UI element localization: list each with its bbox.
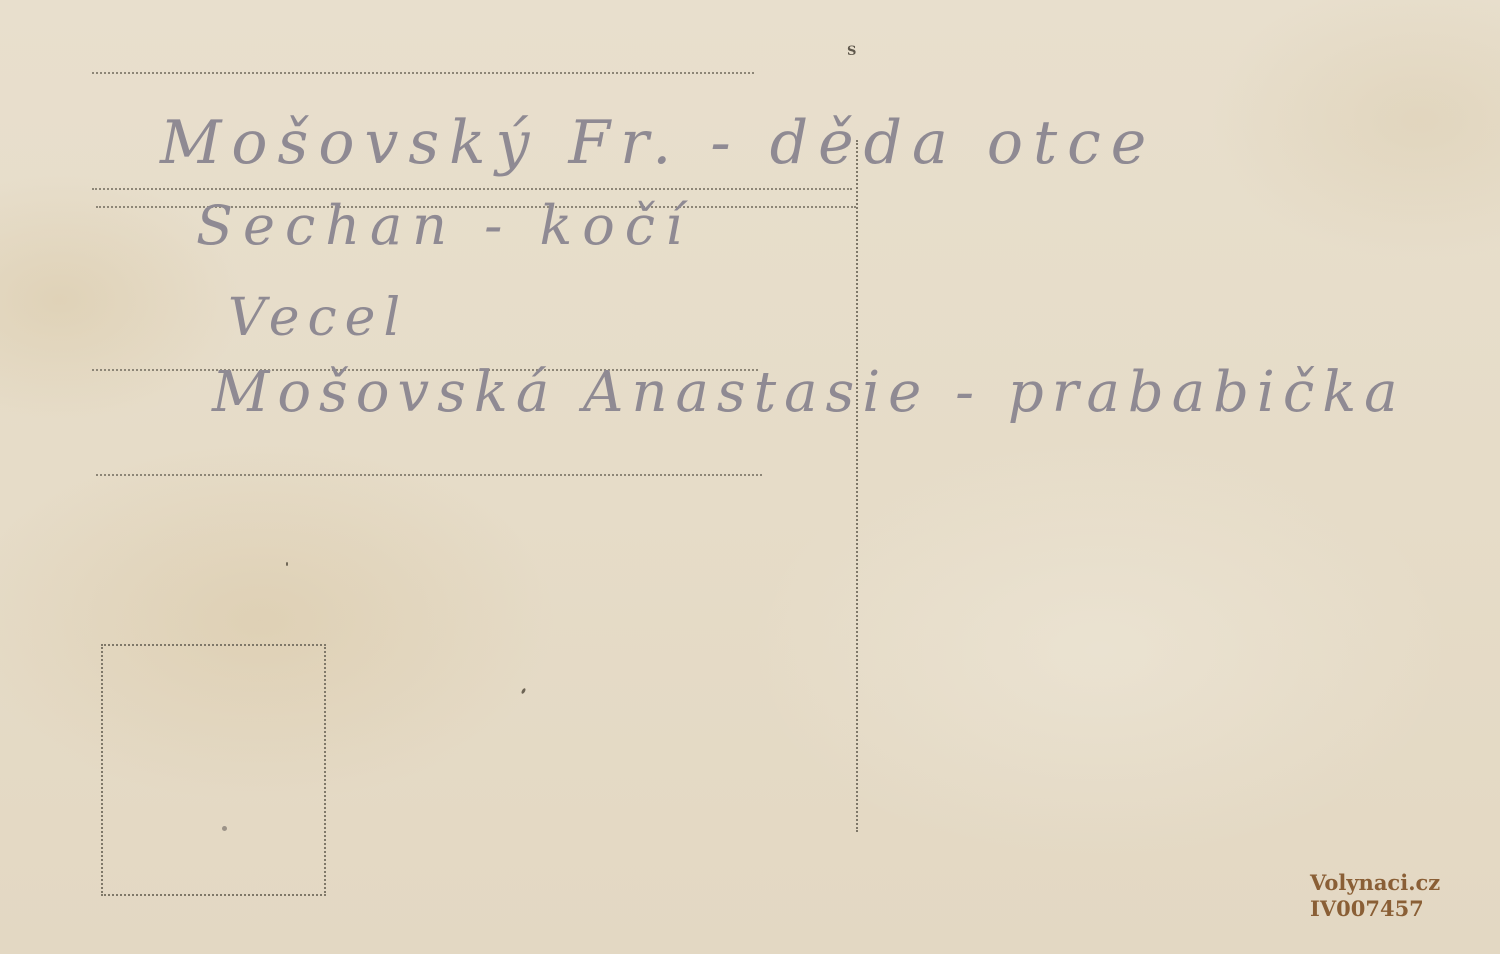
stamp-box [101,644,326,896]
handwritten-note-2: Sechan - kočí [196,194,692,257]
handwritten-note-3: Vecel [228,288,408,348]
handwritten-note-4: Mošovská Anastasie - prababička [212,360,1406,425]
paper-speck [286,562,288,566]
center-divider-line [856,140,858,832]
handwritten-note-1: Mošovský Fr. - děda otce [160,108,1156,178]
address-line-2 [92,188,852,190]
watermark-site: Volynaci.cz [1310,870,1440,896]
paper-speck [222,826,227,831]
postcard-back: S Mošovský Fr. - děda otce Sechan - kočí… [0,0,1500,954]
paper-speck [521,688,527,695]
watermark: Volynaci.cz IV007457 [1310,870,1440,922]
address-line-5 [96,474,762,476]
printed-mark: S [847,44,856,59]
watermark-id: IV007457 [1310,896,1440,922]
address-line-1 [92,72,754,74]
